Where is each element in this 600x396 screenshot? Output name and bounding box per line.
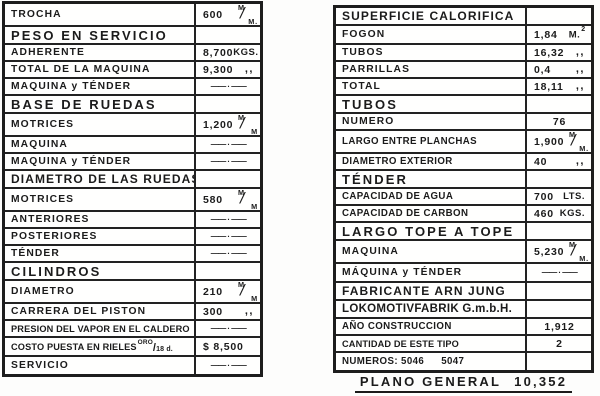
label-text: PRESION DEL VAPOR EN EL CALDERO bbox=[11, 324, 190, 334]
value-number: 16,32 bbox=[534, 47, 564, 59]
label-text: SUPERFICIE CALORIFICA bbox=[342, 9, 514, 23]
label-text: MAQUINA bbox=[11, 139, 68, 150]
spec-label: CARRERA DEL PISTON bbox=[5, 304, 196, 319]
spec-label: DIAMETRO EXTERIOR bbox=[336, 154, 527, 169]
row-fogon: FOGON 1,84 M.2 bbox=[336, 26, 591, 45]
spec-value: —— · —— bbox=[196, 137, 260, 152]
row-maquina-y-tender-peso: MAQUINA y TÉNDER —— · —— bbox=[5, 79, 260, 96]
label-text: TOTAL DE LA MAQUINA bbox=[11, 64, 151, 75]
spec-label: PARRILLAS bbox=[336, 62, 527, 77]
label-text: ANTERIORES bbox=[11, 214, 90, 225]
spec-label: DIAMETRO bbox=[5, 281, 196, 302]
row-motrices-diametro: MOTRICES 580 MM bbox=[5, 189, 260, 212]
ditto-mark: ,, bbox=[576, 155, 585, 167]
spec-label: TOTAL bbox=[336, 79, 527, 94]
plano-general-underlined: PLANO GENERAL10,352 bbox=[355, 374, 572, 393]
value-number: 580 bbox=[203, 194, 223, 206]
label-text: PESO EN SERVICIO bbox=[11, 28, 168, 43]
spec-value: —— · —— bbox=[196, 154, 260, 169]
spec-label: SERVICIO bbox=[5, 357, 196, 374]
label-text: LARGO ENTRE PLANCHAS bbox=[342, 136, 477, 147]
unit-denominator: M. bbox=[579, 145, 589, 153]
value-number: 9,300 bbox=[203, 64, 233, 76]
fraction-slash bbox=[240, 282, 245, 300]
spec-label: POSTERIORES bbox=[5, 229, 196, 244]
spec-value: 5,230 MM. bbox=[527, 241, 591, 262]
spec-label: AÑO CONSTRUCCION bbox=[336, 319, 527, 334]
row-maquina-y-tender-tope: MÁQUINA y TÉNDER —— · —— bbox=[336, 264, 591, 283]
unit-exponent: 2 bbox=[581, 26, 586, 33]
sec-tubos: TUBOS bbox=[336, 96, 591, 114]
spec-label: MAQUINA bbox=[5, 137, 196, 152]
unit-mm-fraction: MM bbox=[238, 189, 254, 210]
blank-dash: —— · —— bbox=[203, 140, 254, 149]
spec-value: 1,900 MM. bbox=[527, 131, 591, 152]
spec-value: 76 bbox=[527, 114, 591, 129]
value-unit: LTS. bbox=[563, 191, 585, 202]
spec-value: 460 KGS. bbox=[527, 206, 591, 221]
spec-label: MOTRICES bbox=[5, 189, 196, 210]
spec-label: PRESION DEL VAPOR EN EL CALDERO bbox=[5, 321, 196, 336]
spec-value: —— · —— bbox=[527, 264, 591, 281]
value-number: 2 bbox=[556, 338, 563, 350]
value-unit: KGS. bbox=[233, 47, 258, 58]
row-servicio: SERVICIO —— · —— bbox=[5, 357, 260, 374]
spec-value bbox=[196, 171, 260, 187]
spec-value bbox=[527, 8, 591, 24]
value-number: 1,200 bbox=[203, 119, 233, 131]
value-number: 18,11 bbox=[534, 81, 564, 93]
spec-label: TÉNDER bbox=[5, 246, 196, 261]
spec-label: MOTRICES bbox=[5, 114, 196, 135]
value-number: 76 bbox=[553, 116, 566, 128]
spec-value: —— · —— bbox=[196, 212, 260, 227]
value-unit: M.2 bbox=[569, 28, 585, 41]
blank-dash: —— · —— bbox=[203, 215, 254, 224]
ditto-mark: ,, bbox=[245, 305, 254, 317]
label-text: FABRICANTE ARN JUNG bbox=[342, 284, 506, 298]
spec-label: MAQUINA y TÉNDER bbox=[5, 154, 196, 169]
sec-cilindros: CILINDROS bbox=[5, 263, 260, 281]
spec-value: 300 ,, bbox=[196, 304, 260, 319]
label-text: CILINDROS bbox=[11, 264, 101, 279]
row-capacidad-de-agua: CAPACIDAD DE AGUA 700 LTS. bbox=[336, 189, 591, 206]
row-diametro-exterior: DIAMETRO EXTERIOR 40 ,, bbox=[336, 154, 591, 171]
spec-label: NUMERO bbox=[336, 114, 527, 129]
sec-peso-en-servicio: PESO EN SERVICIO bbox=[5, 27, 260, 45]
value-number: 700 bbox=[534, 191, 554, 203]
spec-value: 16,32 ,, bbox=[527, 45, 591, 60]
row-maquina-tope: MAQUINA 5,230 MM. bbox=[336, 241, 591, 264]
spec-value bbox=[196, 96, 260, 112]
row-motrices-base: MOTRICES 1,200 MM bbox=[5, 114, 260, 137]
section-label: FABRICANTE ARN JUNG bbox=[336, 283, 527, 299]
spec-label: TOTAL DE LA MAQUINA bbox=[5, 62, 196, 77]
sec-fabricante: FABRICANTE ARN JUNG bbox=[336, 283, 591, 301]
label-text: CANTIDAD DE ESTE TIPO bbox=[342, 339, 459, 349]
plano-label: PLANO GENERAL bbox=[360, 374, 501, 389]
spec-value: —— · —— bbox=[196, 246, 260, 261]
value-number: 40 bbox=[534, 156, 547, 168]
label-text: TUBOS bbox=[342, 47, 384, 58]
blank-dash: —— · —— bbox=[203, 232, 254, 241]
spec-value: 580 MM bbox=[196, 189, 260, 210]
label-text: MAQUINA bbox=[342, 246, 399, 257]
value-number: 460 bbox=[534, 208, 554, 220]
blank-dash: —— · —— bbox=[534, 268, 585, 277]
section-label: BASE DE RUEDAS bbox=[5, 96, 196, 112]
spec-value bbox=[527, 353, 591, 370]
row-posteriores: POSTERIORES —— · —— bbox=[5, 229, 260, 246]
label-text: TROCHA bbox=[11, 9, 62, 20]
section-label: DIAMETRO DE LAS RUEDAS bbox=[5, 171, 196, 187]
spec-value bbox=[527, 96, 591, 112]
label-text: DIAMETRO DE LAS RUEDAS bbox=[11, 172, 196, 186]
unit-denominator: M bbox=[251, 203, 258, 211]
label-text: COSTO PUESTA EN RIELES bbox=[11, 342, 137, 352]
fraction-slash bbox=[240, 190, 245, 208]
section-label: SUPERFICIE CALORIFICA bbox=[336, 8, 527, 24]
fraction-slash bbox=[571, 242, 576, 260]
section-label: PESO EN SERVICIO bbox=[5, 27, 196, 43]
spec-table-right: SUPERFICIE CALORIFICA FOGON 1,84 M.2 TUB… bbox=[333, 5, 594, 373]
row-parrillas: PARRILLAS 0,4 ,, bbox=[336, 62, 591, 79]
row-tubos-superficie: TUBOS 16,32 ,, bbox=[336, 45, 591, 62]
sec-tender: TÉNDER bbox=[336, 171, 591, 189]
row-maquina-y-tender-base: MAQUINA y TÉNDER —— · —— bbox=[5, 154, 260, 171]
spec-value: —— · —— bbox=[196, 321, 260, 336]
spec-label: CAPACIDAD DE CARBON bbox=[336, 206, 527, 221]
row-cantidad-de-este-tipo: CANTIDAD DE ESTE TIPO 2 bbox=[336, 336, 591, 353]
spec-value: —— · —— bbox=[196, 79, 260, 94]
row-tender-diametro: TÉNDER —— · —— bbox=[5, 246, 260, 263]
spec-value: 1,200 MM bbox=[196, 114, 260, 135]
unit-denominator: M. bbox=[248, 18, 258, 26]
spec-label: ADHERENTE bbox=[5, 45, 196, 60]
label-text: CARRERA DEL PISTON bbox=[11, 306, 146, 317]
spec-value bbox=[196, 27, 260, 43]
label-text: AÑO CONSTRUCCION bbox=[342, 321, 452, 332]
spec-value bbox=[196, 263, 260, 279]
spec-value: 8,700 KGS. bbox=[196, 45, 260, 60]
label-subscript: 18 d. bbox=[156, 346, 173, 353]
value-number: 1,912 bbox=[544, 321, 574, 333]
row-adherente: ADHERENTE 8,700 KGS. bbox=[5, 45, 260, 62]
unit-mm-fraction: MM bbox=[238, 114, 254, 135]
label-text: MAQUINA y TÉNDER bbox=[11, 81, 131, 92]
row-costo-puesta-en-rieles: COSTO PUESTA EN RIELESORO18 d. $ 8,500 bbox=[5, 338, 260, 357]
label-superscript: ORO bbox=[138, 339, 153, 346]
row-maquina-base: MAQUINA —— · —— bbox=[5, 137, 260, 154]
spec-label: TROCHA bbox=[5, 4, 196, 25]
value-number: 1,84 bbox=[534, 29, 558, 41]
label-text: MOTRICES bbox=[11, 194, 74, 205]
row-numero-tubos: NUMERO 76 bbox=[336, 114, 591, 131]
blank-dash: —— · —— bbox=[203, 361, 254, 370]
spec-label: MAQUINA y TÉNDER bbox=[5, 79, 196, 94]
spec-label: LARGO ENTRE PLANCHAS bbox=[336, 131, 527, 152]
section-label: LARGO TOPE A TOPE bbox=[336, 223, 527, 239]
spec-value: —— · —— bbox=[196, 357, 260, 374]
label-text: DIAMETRO bbox=[11, 286, 75, 297]
fraction-slash bbox=[240, 5, 245, 23]
spec-value: 1,84 M.2 bbox=[527, 26, 591, 43]
label-text: CAPACIDAD DE AGUA bbox=[342, 191, 453, 202]
section-label: TUBOS bbox=[336, 96, 527, 112]
ditto-mark: ,, bbox=[245, 63, 254, 75]
row-trocha: TROCHA 600 MM. bbox=[5, 4, 260, 27]
spec-label: NUMEROS: 5046 5047 bbox=[336, 353, 527, 370]
section-label: LOKOMOTIVFABRIK G.m.b.H. bbox=[336, 301, 527, 317]
spec-label: CANTIDAD DE ESTE TIPO bbox=[336, 336, 527, 351]
spec-table-left: TROCHA 600 MM. PESO EN SERVICIO ADHERENT… bbox=[2, 1, 263, 377]
label-text: NUMERO bbox=[342, 116, 394, 127]
label-text: MAQUINA y TÉNDER bbox=[11, 156, 131, 167]
section-label: TÉNDER bbox=[336, 171, 527, 187]
spec-value: 700 LTS. bbox=[527, 189, 591, 204]
spec-value: 2 bbox=[527, 336, 591, 351]
spec-label: TUBOS bbox=[336, 45, 527, 60]
spec-value: 18,11 ,, bbox=[527, 79, 591, 94]
label-text-2: 5047 bbox=[441, 356, 464, 367]
ditto-mark: ,, bbox=[576, 46, 585, 58]
label-text: POSTERIORES bbox=[11, 231, 97, 242]
spec-value: 210 MM bbox=[196, 281, 260, 302]
spec-value: 1,912 bbox=[527, 319, 591, 334]
blank-dash: —— · —— bbox=[203, 249, 254, 258]
label-text: PARRILLAS bbox=[342, 64, 410, 75]
spec-label: MÁQUINA y TÉNDER bbox=[336, 264, 527, 281]
label-text: LOKOMOTIVFABRIK G.m.b.H. bbox=[342, 303, 512, 315]
fraction-slash bbox=[571, 132, 576, 150]
label-text: TUBOS bbox=[342, 97, 398, 112]
ditto-mark: ,, bbox=[576, 63, 585, 75]
spec-value: 0,4 ,, bbox=[527, 62, 591, 77]
sec-base-de-ruedas: BASE DE RUEDAS bbox=[5, 96, 260, 114]
value-number: $ 8,500 bbox=[203, 341, 244, 353]
label-text: ADHERENTE bbox=[11, 47, 85, 58]
row-ano-construccion: AÑO CONSTRUCCION 1,912 bbox=[336, 319, 591, 336]
unit-text: M. bbox=[569, 30, 581, 41]
sec-largo-tope-a-tope: LARGO TOPE A TOPE bbox=[336, 223, 591, 241]
value-number: 0,4 bbox=[534, 64, 551, 76]
row-diametro-cilindro: DIAMETRO 210 MM bbox=[5, 281, 260, 304]
unit-mm-fraction: MM. bbox=[569, 131, 585, 152]
unit-denominator: M bbox=[251, 295, 258, 303]
spec-label: CAPACIDAD DE AGUA bbox=[336, 189, 527, 204]
spec-label: COSTO PUESTA EN RIELESORO18 d. bbox=[5, 338, 196, 355]
label-text: CAPACIDAD DE CARBON bbox=[342, 208, 468, 219]
value-number: 300 bbox=[203, 306, 223, 318]
value-unit: KGS. bbox=[560, 208, 585, 219]
unit-mm-fraction: MM bbox=[238, 281, 254, 302]
scanned-document-page: TROCHA 600 MM. PESO EN SERVICIO ADHERENT… bbox=[0, 0, 600, 396]
row-numeros-serie: NUMEROS: 5046 5047 bbox=[336, 353, 591, 370]
section-label: CILINDROS bbox=[5, 263, 196, 279]
row-presion-vapor-caldero: PRESION DEL VAPOR EN EL CALDERO —— · —— bbox=[5, 321, 260, 338]
sec-lokomotivfabrik: LOKOMOTIVFABRIK G.m.b.H. bbox=[336, 301, 591, 319]
spec-value bbox=[527, 301, 591, 317]
spec-value: 9,300 ,, bbox=[196, 62, 260, 77]
label-text: MOTRICES bbox=[11, 119, 74, 130]
row-capacidad-de-carbon: CAPACIDAD DE CARBON 460 KGS. bbox=[336, 206, 591, 223]
row-total-superficie: TOTAL 18,11 ,, bbox=[336, 79, 591, 96]
unit-mm-fraction: MM. bbox=[238, 4, 254, 25]
value-number: 5,230 bbox=[534, 246, 564, 258]
unit-mm-fraction: MM. bbox=[569, 241, 585, 262]
value-number: 210 bbox=[203, 286, 223, 298]
ditto-mark: ,, bbox=[576, 80, 585, 92]
spec-value: $ 8,500 bbox=[196, 338, 260, 355]
label-text: DIAMETRO EXTERIOR bbox=[342, 156, 453, 167]
spec-value bbox=[527, 283, 591, 299]
label-text: NUMEROS: 5046 bbox=[342, 356, 424, 367]
value-number: 8,700 bbox=[203, 47, 233, 59]
fraction-slash bbox=[240, 115, 245, 133]
value-number: 600 bbox=[203, 9, 223, 21]
unit-denominator: M. bbox=[579, 255, 589, 263]
spec-value bbox=[527, 223, 591, 239]
plano-general-title: PLANO GENERAL10,352 bbox=[333, 373, 594, 393]
blank-dash: —— · —— bbox=[203, 157, 254, 166]
row-carrera-del-piston: CARRERA DEL PISTON 300 ,, bbox=[5, 304, 260, 321]
spec-value bbox=[527, 171, 591, 187]
label-text: TÉNDER bbox=[11, 248, 60, 259]
value-number: 1,900 bbox=[534, 136, 564, 148]
spec-label: MAQUINA bbox=[336, 241, 527, 262]
row-anteriores: ANTERIORES —— · —— bbox=[5, 212, 260, 229]
spec-label: FOGON bbox=[336, 26, 527, 43]
label-text: LARGO TOPE A TOPE bbox=[342, 224, 514, 239]
sec-superficie-calorifica: SUPERFICIE CALORIFICA bbox=[336, 8, 591, 26]
blank-dash: —— · —— bbox=[203, 324, 254, 333]
label-text: TÉNDER bbox=[342, 172, 408, 187]
unit-denominator: M bbox=[251, 128, 258, 136]
row-largo-entre-planchas: LARGO ENTRE PLANCHAS 1,900 MM. bbox=[336, 131, 591, 154]
spec-value: 40 ,, bbox=[527, 154, 591, 169]
label-text: MÁQUINA y TÉNDER bbox=[342, 267, 462, 278]
label-text: SERVICIO bbox=[11, 360, 69, 371]
row-total-de-la-maquina: TOTAL DE LA MAQUINA 9,300 ,, bbox=[5, 62, 260, 79]
spec-value: —— · —— bbox=[196, 229, 260, 244]
plano-number: 10,352 bbox=[514, 374, 567, 389]
blank-dash: —— · —— bbox=[203, 82, 254, 91]
label-text: BASE DE RUEDAS bbox=[11, 97, 157, 112]
label-text: FOGON bbox=[342, 29, 385, 40]
spec-value: 600 MM. bbox=[196, 4, 260, 25]
spec-label: ANTERIORES bbox=[5, 212, 196, 227]
label-text: TOTAL bbox=[342, 81, 381, 92]
sec-diametro-de-las-ruedas: DIAMETRO DE LAS RUEDAS bbox=[5, 171, 260, 189]
